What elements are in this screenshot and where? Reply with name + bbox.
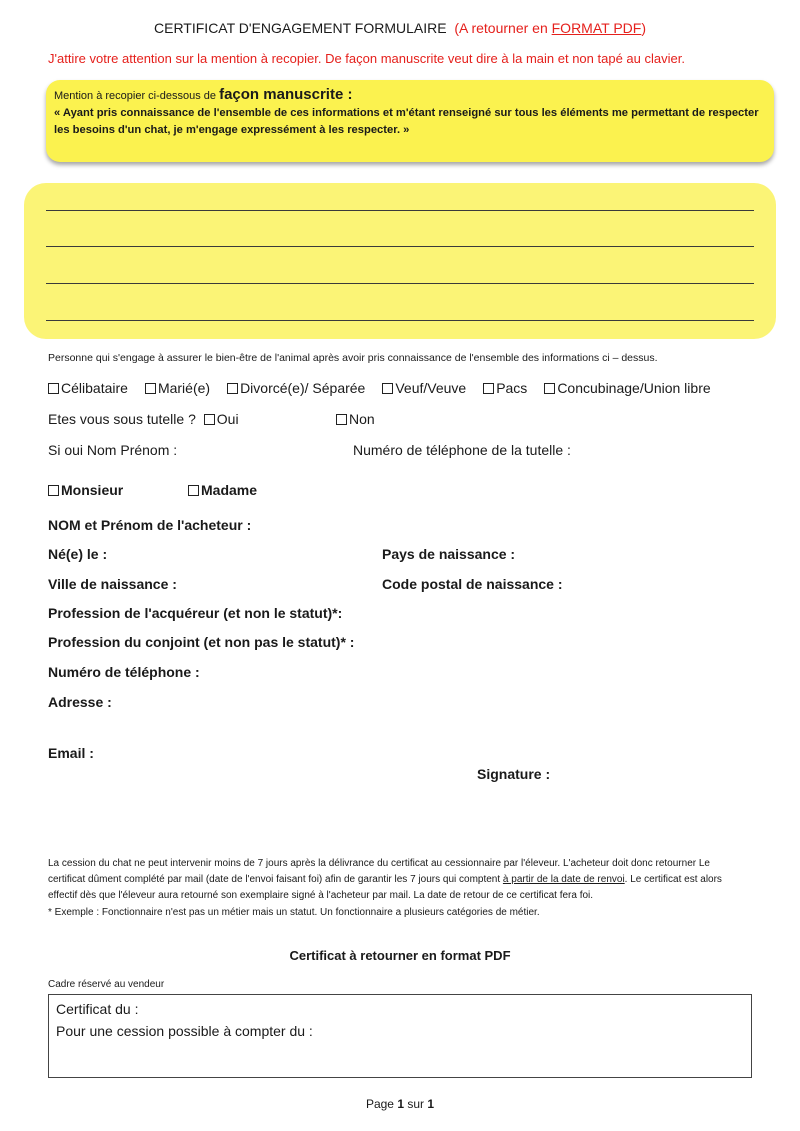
option-pacs[interactable]: Pacs [483,380,527,396]
handwriting-line[interactable] [46,320,754,321]
format-pdf-link: FORMAT PDF [552,20,642,36]
option-label: Concubinage/Union libre [557,380,710,396]
tutelle-question-text: Etes vous sous tutelle ? [48,411,200,427]
checkbox[interactable] [145,383,156,394]
birth-country-field[interactable]: Pays de naissance : [382,546,515,562]
tutelle-name-field[interactable]: Si oui Nom Prénom : [48,442,177,458]
option-divorce[interactable]: Divorcé(e)/ Séparée [227,380,365,396]
return-prefix: (A retourner en [454,20,551,36]
legal-underlined: à partir de la date de renvoi [503,874,625,885]
mention-emphasis: façon manuscrite [219,86,343,103]
spouse-profession-field[interactable]: Profession du conjoint (et non pas le st… [48,634,354,650]
page-prefix: Page [366,1097,397,1111]
seller-box-label: Cadre réservé au vendeur [48,979,164,990]
page-total: 1 [427,1097,434,1111]
civility-monsieur[interactable]: Monsieur [48,482,123,498]
tutelle-question: Etes vous sous tutelle ? Oui [48,411,239,427]
page-current: 1 [397,1097,404,1111]
address-field[interactable]: Adresse : [48,694,112,710]
option-label: Non [349,411,375,427]
page-number: Page 1 sur 1 [0,1097,800,1111]
birth-postcode-field[interactable]: Code postal de naissance : [382,576,563,592]
handwriting-area[interactable] [24,183,776,339]
checkbox[interactable] [48,485,59,496]
attention-notice: J'attire votre attention sur la mention … [48,51,685,66]
return-format-note: (A retourner en FORMAT PDF) [450,20,646,36]
document-title: CERTIFICAT D'ENGAGEMENT FORMULAIRE (A re… [0,20,800,36]
checkbox[interactable] [204,414,215,425]
return-suffix: ) [641,20,646,36]
pdf-return-title: Certificat à retourner en format PDF [0,948,800,963]
handwriting-line[interactable] [46,283,754,284]
birth-date-field[interactable]: Né(e) le : [48,546,107,562]
cession-date-field[interactable]: Pour une cession possible à compter du : [56,1020,744,1042]
tutelle-phone-field[interactable]: Numéro de téléphone de la tutelle : [353,442,571,458]
checkbox[interactable] [227,383,238,394]
option-concubinage[interactable]: Concubinage/Union libre [544,380,710,396]
checkbox[interactable] [188,485,199,496]
option-label: Pacs [496,380,527,396]
mention-quote: « Ayant pris connaissance de l'ensemble … [54,105,766,139]
birth-city-field[interactable]: Ville de naissance : [48,576,177,592]
marital-status-group: Célibataire Marié(e) Divorcé(e)/ Séparée… [48,380,768,396]
mention-intro: Mention à recopier ci-dessous de [54,90,219,102]
legal-notice: La cession du chat ne peut intervenir mo… [48,856,748,921]
mention-colon: : [343,86,352,103]
signature-field[interactable]: Signature : [477,766,550,782]
checkbox[interactable] [48,383,59,394]
checkbox[interactable] [544,383,555,394]
person-statement: Personne qui s'engage à assurer le bien-… [48,352,658,364]
handwriting-line[interactable] [46,246,754,247]
phone-field[interactable]: Numéro de téléphone : [48,664,200,680]
email-field[interactable]: Email : [48,745,94,761]
option-label: Divorcé(e)/ Séparée [240,380,365,396]
title-text: CERTIFICAT D'ENGAGEMENT FORMULAIRE [154,20,447,36]
option-veuf[interactable]: Veuf/Veuve [382,380,466,396]
profession-field[interactable]: Profession de l'acquéreur (et non le sta… [48,605,342,621]
page-sep: sur [404,1097,427,1111]
mention-box: Mention à recopier ci-dessous de façon m… [46,80,774,162]
civility-madame[interactable]: Madame [188,482,257,498]
option-label: Oui [217,411,239,427]
checkbox[interactable] [382,383,393,394]
legal-footnote: * Exemple : Fonctionnaire n'est pas un m… [48,907,540,918]
checkbox[interactable] [483,383,494,394]
handwriting-line[interactable] [46,210,754,211]
option-label: Veuf/Veuve [395,380,466,396]
option-marie[interactable]: Marié(e) [145,380,210,396]
option-label: Madame [201,482,257,498]
tutelle-yes-option[interactable]: Oui [204,411,239,427]
option-label: Marié(e) [158,380,210,396]
checkbox[interactable] [336,414,347,425]
certificate-date-field[interactable]: Certificat du : [56,998,744,1020]
option-label: Célibataire [61,380,128,396]
seller-box: Certificat du : Pour une cession possibl… [48,994,752,1078]
mention-heading: Mention à recopier ci-dessous de façon m… [54,86,766,103]
option-celibataire[interactable]: Célibataire [48,380,128,396]
buyer-name-field[interactable]: NOM et Prénom de l'acheteur : [48,517,251,533]
option-label: Monsieur [61,482,123,498]
tutelle-no-option[interactable]: Non [336,411,375,427]
